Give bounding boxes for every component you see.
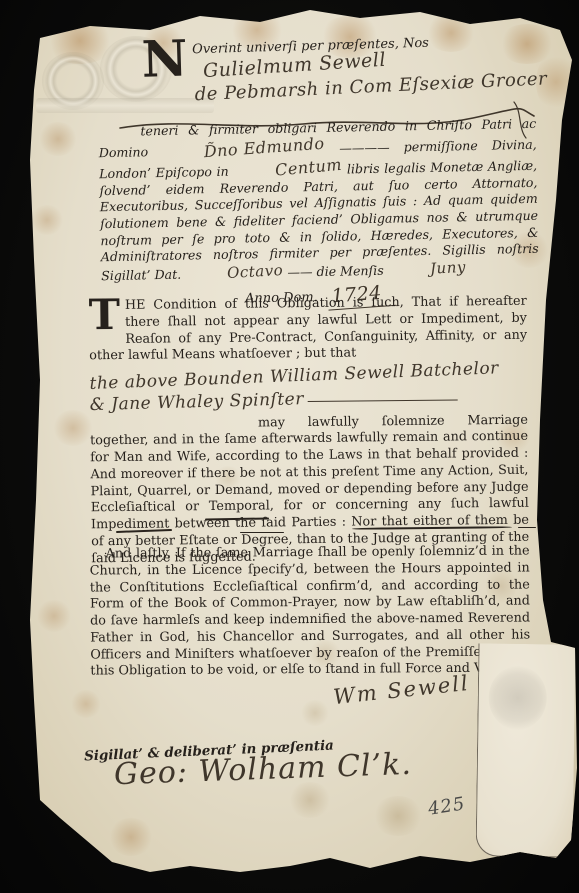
- stain-spot: [30, 205, 64, 235]
- stain-spot: [300, 700, 330, 726]
- stain-spot: [38, 122, 78, 156]
- obligation-paragraph: teneri & firmiter obligari Reverendo in …: [98, 116, 540, 313]
- dropcap-initial: T: [89, 298, 121, 333]
- handwritten-month: Juny: [387, 258, 466, 282]
- printed-text: —— die Menſis: [287, 263, 384, 280]
- stain-spot: [372, 796, 424, 836]
- handwritten-parties-line2: & Jane Whaley Spinſter: [89, 388, 304, 416]
- witness-signature: Geo: Wolham Cl’k.: [114, 752, 412, 787]
- stain-spot: [52, 410, 94, 446]
- principal-signature: Wm Sewell: [333, 678, 470, 702]
- dropcap-initial: N: [141, 38, 188, 78]
- document-paper: N Overint univerſi per præſentes, Nos Gu…: [0, 0, 579, 893]
- pencil-number: 425: [427, 793, 467, 820]
- opening-clause: N Overint univerſi per præſentes, Nos Gu…: [141, 28, 551, 103]
- printed-text: HE Condition of this Obligation is ſuch,…: [89, 294, 527, 364]
- stain-spot: [108, 818, 154, 856]
- stain-spot: [70, 690, 102, 718]
- wax-seal-residue-icon: [488, 665, 547, 730]
- lastly-paragraph: And laſtly, If the ſame Marriage ſhall b…: [90, 543, 531, 680]
- handwritten-signature: Geo: Wolham Cl’k.: [113, 747, 412, 792]
- document-photo: N Overint univerſi per præſentes, Nos Gu…: [0, 0, 579, 893]
- pen-rule: [308, 400, 458, 403]
- repair-patch: [476, 643, 576, 857]
- stain-spot: [288, 782, 332, 818]
- printed-text: And laſtly, If the ſame Marriage ſhall b…: [90, 543, 531, 678]
- catalog-number: 425: [427, 793, 467, 820]
- handwritten-day: Octavo: [185, 261, 284, 286]
- stain-spot: [36, 600, 72, 632]
